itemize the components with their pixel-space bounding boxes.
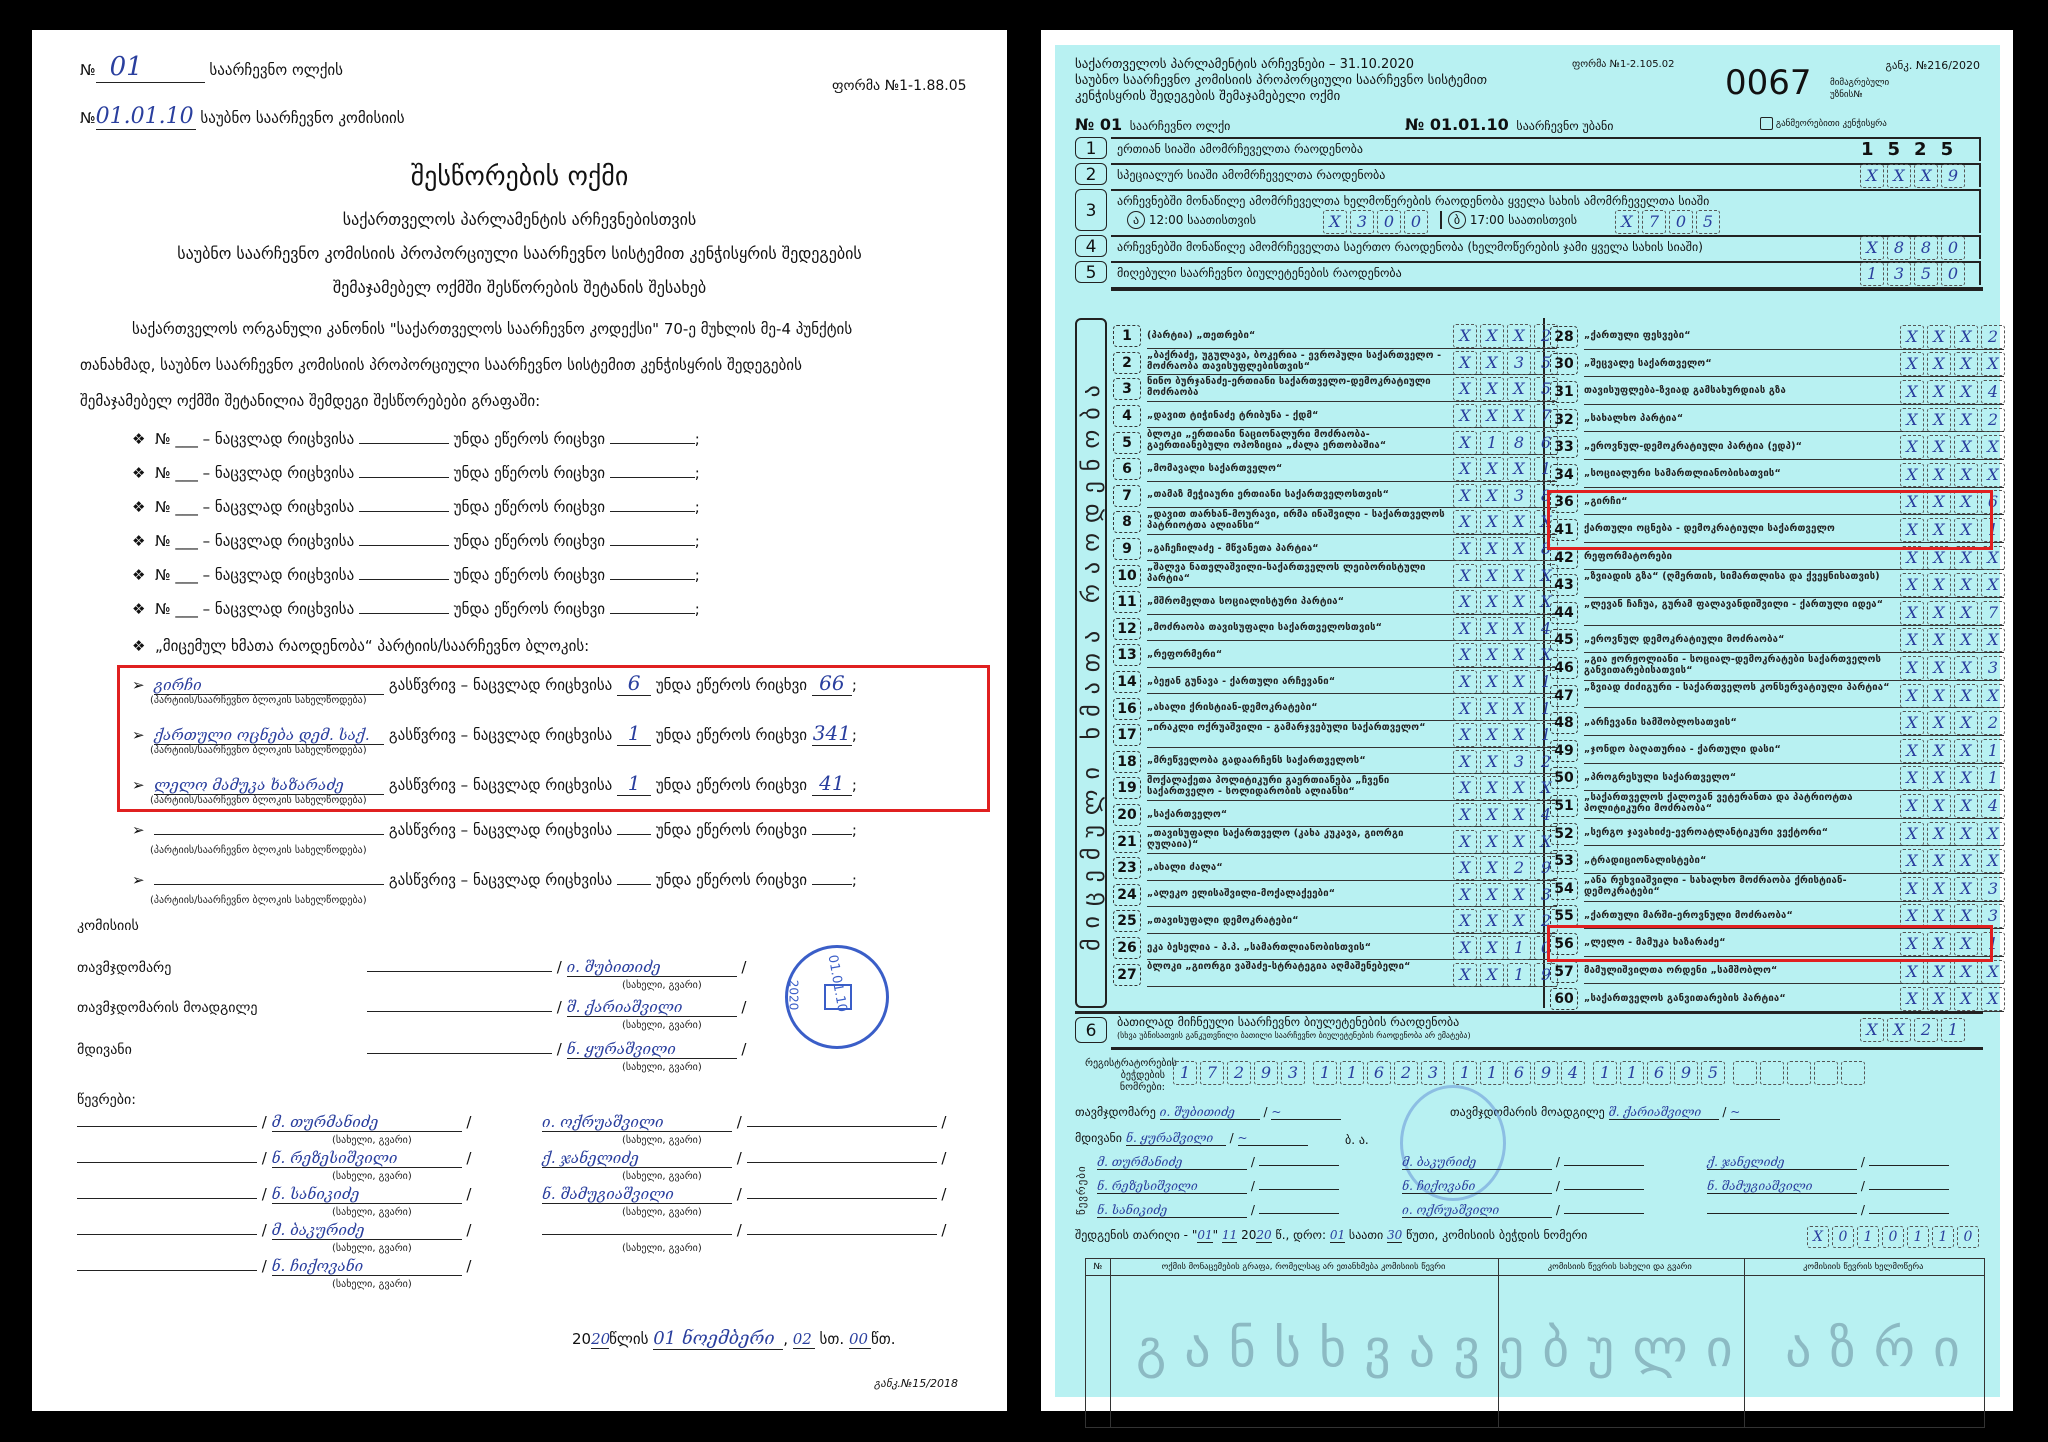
old-value	[617, 884, 651, 885]
party-name: ბლოკი „ერთიანი ნაციონალური მოძრაობა-გაერ…	[1147, 429, 1447, 451]
party-votes: XXXX	[1453, 564, 1558, 588]
signature-field	[1564, 1213, 1644, 1214]
protocol-form: საქართველოს პარლამენტის არჩევნები – 31.1…	[1055, 45, 2000, 1397]
party-name: „საქართველო“	[1147, 809, 1447, 820]
member-signature-line: ი. ოქრუაშვილი /	[1402, 1203, 1644, 1218]
party-name: „სერგო ჯავახიძე-ევროატლანტიკური ვექტორი“	[1584, 827, 1894, 838]
party-votes: XXX1	[1900, 766, 2005, 790]
dissent-column-header: კომისიის წევრის სახელი და გვარი	[1497, 1259, 1742, 1275]
row-number: 4	[1075, 235, 1107, 257]
party-row: 17„ირაკლი ოქრუაშვილი - გამარჯვებული საქა…	[1113, 721, 1558, 748]
name-caption: (სახელი, გვარი)	[332, 1171, 412, 1182]
deputy-signature: ~	[1730, 1105, 1780, 1120]
signature-field	[1564, 1165, 1644, 1166]
member-name: ქ. ჯანელიძე	[1707, 1155, 1857, 1170]
party-row: 11„მშრომელთა სოციალისტური პარტია“XXXX	[1113, 588, 1558, 615]
subtitle-2: საუბნო საარჩევნო კომისიის პროპორციული სა…	[32, 244, 1007, 263]
member-signature-line: ქ. ჯანელიძე / /	[542, 1149, 946, 1168]
signature-field	[77, 1198, 257, 1199]
official-signature-line: / შ. ქარიაშვილი /	[367, 998, 746, 1017]
signature-field	[77, 1270, 257, 1271]
diamond-bullet-icon: ❖	[132, 566, 145, 584]
secretary-line: მდივანი ნ. ყურაშვილი / ~	[1075, 1131, 1308, 1146]
row-label: სპეციალურ სიაში ამომრჩეველთა რაოდენობა	[1117, 168, 1385, 182]
party-votes: XX19	[1453, 963, 1558, 987]
party-row: 51„საქართველოს ქალოვან ვეტერანთა და პატრ…	[1550, 791, 2005, 819]
member-name: ი. ოქრუაშვილი	[542, 1113, 732, 1132]
party-votes: XXX7	[1900, 601, 2005, 625]
time-17-label: ბ 17:00 საათისთვის	[1440, 211, 1577, 229]
party-row: 3ნინო ბურჯანაძე-ერთიანი საქართველო-დემოკ…	[1113, 375, 1558, 402]
party-votes: XXX3	[1453, 883, 1558, 907]
checkbox-icon[interactable]	[1760, 117, 1773, 130]
party-votes: XXX2	[1453, 909, 1558, 933]
form-number: ფორმა №1-1.88.05	[832, 78, 967, 94]
party-name: „ქართული მარში-ეროვნული მოძრაობა“	[1584, 910, 1894, 921]
party-number: 17	[1113, 724, 1141, 746]
row-value: 1525	[1861, 139, 1967, 160]
party-votes: XXX3	[1900, 877, 2005, 901]
party-name: „გაჩეჩილაძე - მწვანეთა პარტია“	[1147, 543, 1447, 554]
member-name: ნ. შამუგიაშვილი	[1707, 1179, 1857, 1194]
district-line: № 01 საარჩევნო ოლქი	[1075, 115, 1230, 134]
party-votes: XXX4	[1900, 380, 2005, 404]
party-row: 16„ახალი ქრისტიან-დემოკრატები“XXX1	[1113, 694, 1558, 721]
subtitle-1: საქართველოს პარლამენტის არჩევნებისთვის	[32, 210, 1007, 229]
member-name: ნ. ჩიქოვანი	[272, 1257, 462, 1276]
party-votes: XXX4	[1900, 794, 2005, 818]
party-name: „მშრომელთა სოციალისტური პარტია“	[1147, 596, 1447, 607]
party-number: 60	[1550, 988, 1578, 1010]
party-name: მოქალაქეთა პოლიტიკური გაერთიანება „ჩვენი…	[1147, 775, 1447, 797]
party-row: 45„ეროვნულ დემოკრატიული მოძრაობა“XXXX	[1550, 626, 2005, 654]
party-name: თავისუფლება-ზვიად გამსახურდიას გზა	[1584, 385, 1894, 396]
party-number: 24	[1113, 884, 1141, 906]
party-number: 23	[1113, 857, 1141, 879]
party-number: 8	[1113, 511, 1141, 533]
party-name-field	[154, 834, 384, 835]
party-row: 21„თავისუფალი საქართველო (კახა კუკავა, გ…	[1113, 827, 1558, 854]
party-votes: XXX2	[1900, 408, 2005, 432]
decree-number: განკ. №216/2020	[1830, 59, 1980, 72]
time-12-value: X300	[1323, 210, 1428, 234]
name-caption: (სახელი, გვარი)	[332, 1279, 412, 1290]
party-name: „თამაზ მეჭიაური ერთიანი საქართველოსთვის“	[1147, 489, 1447, 500]
signature-field	[77, 1126, 257, 1127]
official-name: შ. ქარიაშვილი	[567, 998, 737, 1017]
protocol-header: საქართველოს პარლამენტის არჩევნები – 31.1…	[1075, 57, 1487, 105]
name-caption: (სახელი, გვარი)	[332, 1135, 412, 1146]
party-number: 21	[1113, 831, 1141, 853]
signature-field	[1259, 1165, 1339, 1166]
party-row: 2„ბაქრაძე, უგულავა, ბოკერია - ევროპული ს…	[1113, 349, 1558, 376]
party-number: 12	[1113, 618, 1141, 640]
party-row: 33„ეროვნულ-დემოკრატიული პარტია (ედპ)“XXX…	[1550, 432, 2005, 460]
party-number: 26	[1113, 937, 1141, 959]
party-number: 10	[1113, 565, 1141, 587]
member-signature-line: ნ. სანიკიძე /	[1097, 1203, 1339, 1218]
party-name: მამულიშვილთა ორდენი „სამშობლო“	[1584, 965, 1894, 976]
party-number: 45	[1550, 629, 1578, 651]
party-votes: XXXX	[1453, 776, 1558, 800]
party-row: 26ეკა ბესელია - პ.პ. „სამართლიანობისთვის…	[1113, 934, 1558, 961]
party-name: „ახალი ძალა“	[1147, 862, 1447, 873]
party-name: „ქართული ფესვები“	[1584, 330, 1894, 341]
party-number: 16	[1113, 698, 1141, 720]
member-name: ი. ოქრუაშვილი	[1402, 1203, 1552, 1218]
secretary-label: მდივანი	[77, 1042, 132, 1058]
party-votes: XXX4	[1453, 617, 1558, 641]
party-row: 50„პროგრესული საქართველო“XXX1	[1550, 764, 2005, 792]
paragraph-line-3: შემაჯამებელ ოქმში შეტანილია შემდეგი შესწ…	[80, 392, 540, 410]
party-votes: X186	[1453, 431, 1558, 455]
dissent-column-header: კომისიის წევრის ხელმოწერა	[1743, 1259, 1984, 1275]
member-signature-line: / ნ. სანიკიძე /	[77, 1185, 471, 1204]
dissent-table-header: №ოქმის მონაცემების გრაფა, რომელსაც არ ეთ…	[1086, 1259, 1984, 1276]
party-name: „დავით თარხან-მოურავი, ირმა ინაშვილი - ს…	[1147, 509, 1447, 531]
member-signature-line: ნ. შამუგიაშვილი /	[1707, 1179, 1949, 1194]
party-number: 7	[1113, 485, 1141, 507]
party-votes: XXXX	[1900, 352, 2005, 376]
party-row: 60„საქართველოს განვითარების პარტია“XXXX	[1550, 984, 2005, 1012]
party-votes: XX35	[1453, 351, 1558, 375]
new-value	[812, 884, 852, 885]
signature-field	[747, 1126, 937, 1127]
generic-correction-line: ❖ № ___ – ნაცვლად რიცხვისა უნდა ეწეროს რ…	[132, 566, 700, 584]
party-votes: XXX1	[1453, 723, 1558, 747]
party-number: 33	[1550, 436, 1578, 458]
party-name: „პროგრესული საქართველო“	[1584, 772, 1894, 783]
highlight-box-corrections	[117, 665, 990, 812]
summary-protocol-page: საქართველოს პარლამენტის არჩევნები – 31.1…	[1041, 30, 2013, 1411]
new-value	[812, 834, 852, 835]
party-votes: XXXX	[1900, 684, 2005, 708]
signature-field	[1259, 1189, 1339, 1190]
member-name: მ. თურმანიძე	[1097, 1155, 1247, 1170]
seal-number: 11694	[1453, 1061, 1585, 1085]
party-votes: XXX1	[1453, 697, 1558, 721]
arrow-bullet-icon: ➢	[132, 871, 145, 889]
party-name: „შალვა ნათელაშვილი-საქართველოს ლეიბორისტ…	[1147, 562, 1447, 584]
party-name: „ბაქრაძე, უგულავა, ბოკერია - ევროპული სა…	[1147, 350, 1447, 372]
party-votes: XXXX	[1900, 573, 2005, 597]
dissent-watermark: განსხვავებული აზრი	[1136, 1319, 1978, 1379]
party-number: 18	[1113, 751, 1141, 773]
party-votes: XXX2	[1453, 324, 1558, 348]
party-name: „მოძრაობა თავისუფალი საქართველოსთვის“	[1147, 622, 1447, 633]
member-name: ნ. რეზესიშვილი	[1097, 1179, 1247, 1194]
diamond-bullet-icon: ❖	[132, 600, 145, 618]
members-label: წევრები:	[77, 1092, 136, 1108]
party-number: 6	[1113, 458, 1141, 480]
seal-numbers-label: რეგისტრატორების ბეჭდების ნომრები:	[1085, 1058, 1165, 1094]
party-number: 28	[1550, 326, 1578, 348]
diamond-bullet-icon: ❖	[132, 430, 145, 448]
row-number: 5	[1075, 261, 1107, 283]
party-number: 49	[1550, 740, 1578, 762]
party-name: „სოციალური სამართლიანობისათვის“	[1584, 468, 1894, 479]
signature-field	[747, 1198, 937, 1199]
party-row: 44„ლევან ჩაჩუა, გურამ ფალავანდიშვილი - ქ…	[1550, 598, 2005, 626]
party-row: 28„ქართული ფესვები“XXX2	[1550, 322, 2005, 350]
diamond-bullet-icon: ❖	[132, 498, 145, 516]
row-label: ბათილად მიჩნეული საარჩევნო ბიულეტენების …	[1117, 1015, 1459, 1029]
highlight-box-parties-36-41	[1547, 490, 1993, 550]
party-name: ეკა ბესელია - პ.პ. „სამართლიანობისთვის“	[1147, 942, 1447, 953]
party-votes: XXX1	[1453, 457, 1558, 481]
party-name: „მრეწველობა გადაარჩენს საქართველოს“	[1147, 755, 1447, 766]
party-number: 20	[1113, 804, 1141, 826]
row-number: 1	[1075, 137, 1107, 159]
party-row: 23„ახალი ძალა“XX29	[1113, 854, 1558, 881]
secretary-signature: ~	[1238, 1131, 1308, 1146]
party-row: 32„სახალხო პარტია“XXX2	[1550, 405, 2005, 433]
party-row: 34„სოციალური სამართლიანობისათვის“XXXX	[1550, 460, 2005, 488]
member-name: მ. ბაკურიძე	[272, 1221, 462, 1240]
party-row: 54„ანა რეხვიაშვილი - სახალხო მოძრაობა ქრ…	[1550, 874, 2005, 902]
party-number: 4	[1113, 405, 1141, 427]
party-number: 25	[1113, 910, 1141, 932]
party-name: „საქართველოს განვითარების პარტია“	[1584, 993, 1894, 1004]
row-label: არჩევნებში მონაწილე ამომრჩეველთა ხელმოწე…	[1117, 194, 1709, 208]
member-signature-line: ქ. ჯანელიძე /	[1707, 1155, 1949, 1170]
party-votes: XXXX	[1900, 463, 2005, 487]
party-number: 53	[1550, 850, 1578, 872]
votes-heading: ❖ „მიცემულ ხმათა რაოდენობა“ პარტიის/საარ…	[132, 637, 589, 655]
party-number: 57	[1550, 961, 1578, 983]
party-number: 14	[1113, 671, 1141, 693]
party-name: „სახალხო პარტია“	[1584, 413, 1894, 424]
official-signature-line: / ი. შუბითიძე /	[367, 958, 746, 977]
party-number: 1	[1113, 325, 1141, 347]
generic-correction-line: ❖ № ___ – ნაცვლად რიცხვისა უნდა ეწეროს რ…	[132, 600, 700, 618]
party-name: „ბეჟან გუნავა - ქართული არჩევანი“	[1147, 676, 1447, 687]
party-votes: XXX3	[1900, 656, 2005, 680]
highlight-box-party-56	[1547, 925, 1993, 962]
row-number: 2	[1075, 163, 1107, 185]
member-name: ნ. ჩიქოვანი	[1402, 1179, 1552, 1194]
member-name	[542, 1234, 732, 1235]
party-name: „საქართველოს ქალოვან ვეტერანთა და პატრიო…	[1584, 792, 1894, 814]
party-votes: XXX5	[1453, 377, 1558, 401]
dissent-column-header: №	[1086, 1259, 1110, 1275]
name-caption: (სახელი, გვარი)	[622, 980, 702, 991]
seal-number: 11695	[1593, 1061, 1725, 1085]
member-signature-line: / /	[542, 1221, 946, 1239]
party-row: 19მოქალაქეთა პოლიტიკური გაერთიანება „ჩვე…	[1113, 774, 1558, 801]
party-name: „ალეკო ელისაშვილი-მოქალაქეები“	[1147, 888, 1447, 899]
commission-seal-cells: X010110	[1807, 1226, 1979, 1248]
party-number: 30	[1550, 353, 1578, 375]
party-name: ნინო ბურჯანაძე-ერთიანი საქართველო-დემოკრ…	[1147, 376, 1447, 398]
recount-checkbox[interactable]: განმეორებითი კენჭისყრა	[1760, 117, 1887, 130]
name-caption: (სახელი, გვარი)	[622, 1171, 702, 1182]
party-name: „ზვიად ძიძიგური - საქართველოს კონსერვატი…	[1584, 682, 1894, 693]
party-row: 25„თავისუფალი დემოკრატები“XXX2	[1113, 907, 1558, 934]
name-caption: (სახელი, გვარი)	[622, 1020, 702, 1031]
party-name: „არჩევანი სამშობლოსათვის“	[1584, 717, 1894, 728]
row-value: 1350	[1860, 262, 1965, 286]
signature-field	[747, 1234, 937, 1235]
party-row: 53„ტრადიციონალისტები“XXXX	[1550, 846, 2005, 874]
footer-code: განკ.№15/2018	[874, 1377, 958, 1390]
party-name: „დავით ტიჭინაძე ტრიბუნა - ქდმ“	[1147, 410, 1447, 421]
votes-vertical-frame: მიცემული ხმათა რაოდენობა	[1075, 318, 1107, 1008]
party-row: 20„საქართველო“XXX4	[1113, 801, 1558, 828]
party-number: 46	[1550, 657, 1578, 679]
party-votes: XXXX	[1453, 590, 1558, 614]
member-signature-line: მ. ბაკურიძე /	[1402, 1155, 1644, 1170]
party-row: 5ბლოკი „ერთიანი ნაციონალური მოძრაობა-გაე…	[1113, 428, 1558, 455]
party-row: 10„შალვა ნათელაშვილი-საქართველოს ლეიბორი…	[1113, 561, 1558, 588]
name-caption: (სახელი, გვარი)	[332, 1207, 412, 1218]
party-row: 7„თამაზ მეჭიაური ერთიანი საქართველოსთვის…	[1113, 482, 1558, 509]
party-row: 52„სერგო ჯავახიძე-ევროატლანტიკური ვექტორ…	[1550, 819, 2005, 847]
party-number: 32	[1550, 409, 1578, 431]
members-vertical-label: წევრები	[1075, 1155, 1089, 1215]
party-votes: XXXX	[1900, 960, 2005, 984]
party-correction-line: ➢ გასწვრივ – ნაცვლად რიცხვისა უნდა ეწერო…	[132, 821, 857, 839]
party-number: 51	[1550, 795, 1578, 817]
party-number: 44	[1550, 602, 1578, 624]
member-name	[1707, 1213, 1857, 1214]
party-votes: XXX2	[1900, 711, 2005, 735]
party-number: 54	[1550, 878, 1578, 900]
arrow-bullet-icon: ➢	[132, 821, 145, 839]
diamond-bullet-icon: ❖	[132, 532, 145, 550]
precinct-line: № 01.01.10 საარჩევნო უბანი	[1405, 115, 1614, 134]
signature-field	[747, 1162, 937, 1163]
party-number: 2	[1113, 352, 1141, 374]
party-name: „ლევან ჩაჩუა, გურამ ფალავანდიშვილი - ქარ…	[1584, 599, 1894, 610]
party-votes: XXXX	[1900, 628, 2005, 652]
party-number: 31	[1550, 381, 1578, 403]
section-divider	[1075, 1011, 1983, 1014]
member-signature-line: ნ. ჩიქოვანი /	[1402, 1179, 1644, 1194]
party-number: 47	[1550, 685, 1578, 707]
signature-field	[1869, 1165, 1949, 1166]
party-votes: XX29	[1453, 856, 1558, 880]
dissent-table: №ოქმის მონაცემების გრაფა, რომელსაც არ ეთ…	[1085, 1258, 1985, 1428]
row-label: მიღებული საარჩევნო ბიულეტენების რაოდენობ…	[1117, 266, 1402, 280]
official-stamp: 01.01.10 2020	[785, 945, 889, 1049]
party-votes: XX38	[1453, 484, 1558, 508]
compile-date-line: შედგენის თარიღი - "01" 11 2020 წ., დრო: …	[1075, 1228, 1587, 1243]
member-signature-line: / მ. თურმანიძე /	[77, 1113, 471, 1132]
party-row: 14„ბეჟან გუნავა - ქართული არჩევანი“XXX1	[1113, 668, 1558, 695]
party-name: „მომავალი საქართველო“	[1147, 463, 1447, 474]
party-row: 30„შეცვალე საქართველო“XXXX	[1550, 350, 2005, 378]
party-row: 43„ზვიადის გზა“ (ღმერთის, სიმართლისა და …	[1550, 570, 2005, 598]
official-signature-line: / ნ. ყურაშვილი /	[367, 1040, 746, 1059]
party-name: „თავისუფალი საქართველო (კახა კუკავა, გიო…	[1147, 828, 1447, 850]
party-name: ბლოკი „გიორგი ვაშაძე-სტრატეგია აღმაშენებ…	[1147, 961, 1447, 972]
member-signature-line: ნ. შამუგიაშვილი / /	[542, 1185, 946, 1204]
party-number: 5	[1113, 432, 1141, 454]
member-name: ნ. სანიკიძე	[272, 1185, 462, 1204]
row-number: 6	[1075, 1017, 1107, 1043]
party-correction-line: ➢ გასწვრივ – ნაცვლად რიცხვისა უნდა ეწერო…	[132, 871, 857, 889]
time-17-value: X705	[1615, 210, 1720, 234]
party-votes: XXXX	[1453, 643, 1558, 667]
page-title: შესწორების ოქმი	[32, 162, 1007, 192]
party-row: 6„მომავალი საქართველო“XXX1	[1113, 455, 1558, 482]
diamond-bullet-icon: ❖	[132, 464, 145, 482]
party-number: 27	[1113, 964, 1141, 986]
row-label: ერთიან სიაში ამომრჩეველთა რაოდენობა	[1117, 142, 1363, 156]
official-name: ნ. ყურაშვილი	[567, 1040, 737, 1059]
stamp-place: ბ. ა.	[1345, 1133, 1369, 1147]
chair-signature: ~	[1271, 1105, 1341, 1120]
member-signature-line: ნ. რეზესიშვილი /	[1097, 1179, 1339, 1194]
protocol-number: 0067	[1725, 63, 1812, 103]
party-row: 8„დავით თარხან-მოურავი, ირმა ინაშვილი - …	[1113, 508, 1558, 535]
party-name: „შეცვალე საქართველო“	[1584, 358, 1894, 369]
precinct-number-line: №01.01.10 საუბნო საარჩევნო კომისიის	[80, 104, 405, 130]
party-votes: XXXX	[1453, 830, 1558, 854]
party-votes: XX32	[1453, 750, 1558, 774]
seal-number	[1733, 1061, 1865, 1085]
party-name: „ზვიადის გზა“ (ღმერთის, სიმართლისა და ქვ…	[1584, 571, 1894, 582]
party-number: 50	[1550, 767, 1578, 789]
party-name: „ეროვნულ დემოკრატიული მოძრაობა“	[1584, 634, 1894, 645]
party-name: „გია ჟორჟოლიანი - სოციალ-დემოკრატები საქ…	[1584, 654, 1894, 676]
signature-field	[77, 1162, 257, 1163]
row-value: X880	[1860, 236, 1965, 260]
diamond-bullet-icon: ❖	[132, 637, 145, 655]
party-name: „ტრადიციონალისტები“	[1584, 855, 1894, 866]
signature-field	[367, 1011, 552, 1012]
member-signature-line: ი. ოქრუაშვილი / /	[542, 1113, 946, 1132]
party-number: 19	[1113, 777, 1141, 799]
member-signature-line: / ნ. რეზესიშვილი /	[77, 1149, 471, 1168]
party-votes: XXXX	[1900, 987, 2005, 1011]
commission-label: კომისიის	[77, 918, 139, 934]
signature-field	[367, 1053, 552, 1054]
party-number: 43	[1550, 574, 1578, 596]
generic-correction-line: ❖ № ___ – ნაცვლად რიცხვისა უნდა ეწეროს რ…	[132, 532, 700, 550]
party-name: „ჯონდო ბაღათურია - ქართული დასი“	[1584, 744, 1894, 755]
party-number: 11	[1113, 591, 1141, 613]
signature-field	[367, 971, 552, 972]
row-value: XX21	[1860, 1018, 1965, 1042]
section-divider	[1111, 1047, 1983, 1050]
party-row: 47„ზვიად ძიძიგური - საქართველოს კონსერვა…	[1550, 681, 2005, 709]
member-name: მ. თურმანიძე	[272, 1113, 462, 1132]
chair-label: თავმჯდომარე	[77, 960, 171, 976]
deputy-label: თავმჯდომარის მოადგილე	[77, 1000, 257, 1016]
signature-field	[1564, 1189, 1644, 1190]
name-caption: (სახელი, გვარი)	[622, 1135, 702, 1146]
row-number: 3	[1075, 189, 1107, 231]
party-name: რეფორმატორები	[1584, 551, 1894, 562]
stamp-emblem-icon	[824, 984, 852, 1010]
name-caption: (სახელი, გვარი)	[332, 1243, 412, 1254]
row-label: არჩევნებში მონაწილე ამომრჩეველთა საერთო …	[1117, 240, 1703, 254]
seal-number: 17293	[1173, 1061, 1305, 1085]
party-votes: XXXX	[1900, 435, 2005, 459]
correction-protocol-page: №01 საარჩევნო ოლქის ფორმა №1-1.88.05 №01…	[32, 30, 1007, 1411]
chair-line: თავმჯდომარე ი. შუბითიძე / ~	[1075, 1105, 1341, 1120]
party-votes: XXXX	[1900, 822, 2005, 846]
party-number: 48	[1550, 712, 1578, 734]
party-caption: (პარტიის/საარჩევნო ბლოკის სახელწოდება)	[150, 845, 367, 856]
party-caption: (პარტიის/საარჩევნო ბლოკის სახელწოდება)	[150, 895, 367, 906]
party-name: „რეფორმერი“	[1147, 649, 1447, 660]
member-name: მ. ბაკურიძე	[1402, 1155, 1552, 1170]
member-name: ნ. სანიკიძე	[1097, 1203, 1247, 1218]
party-row: 49„ჯონდო ბაღათურია - ქართული დასი“XXX1	[1550, 736, 2005, 764]
